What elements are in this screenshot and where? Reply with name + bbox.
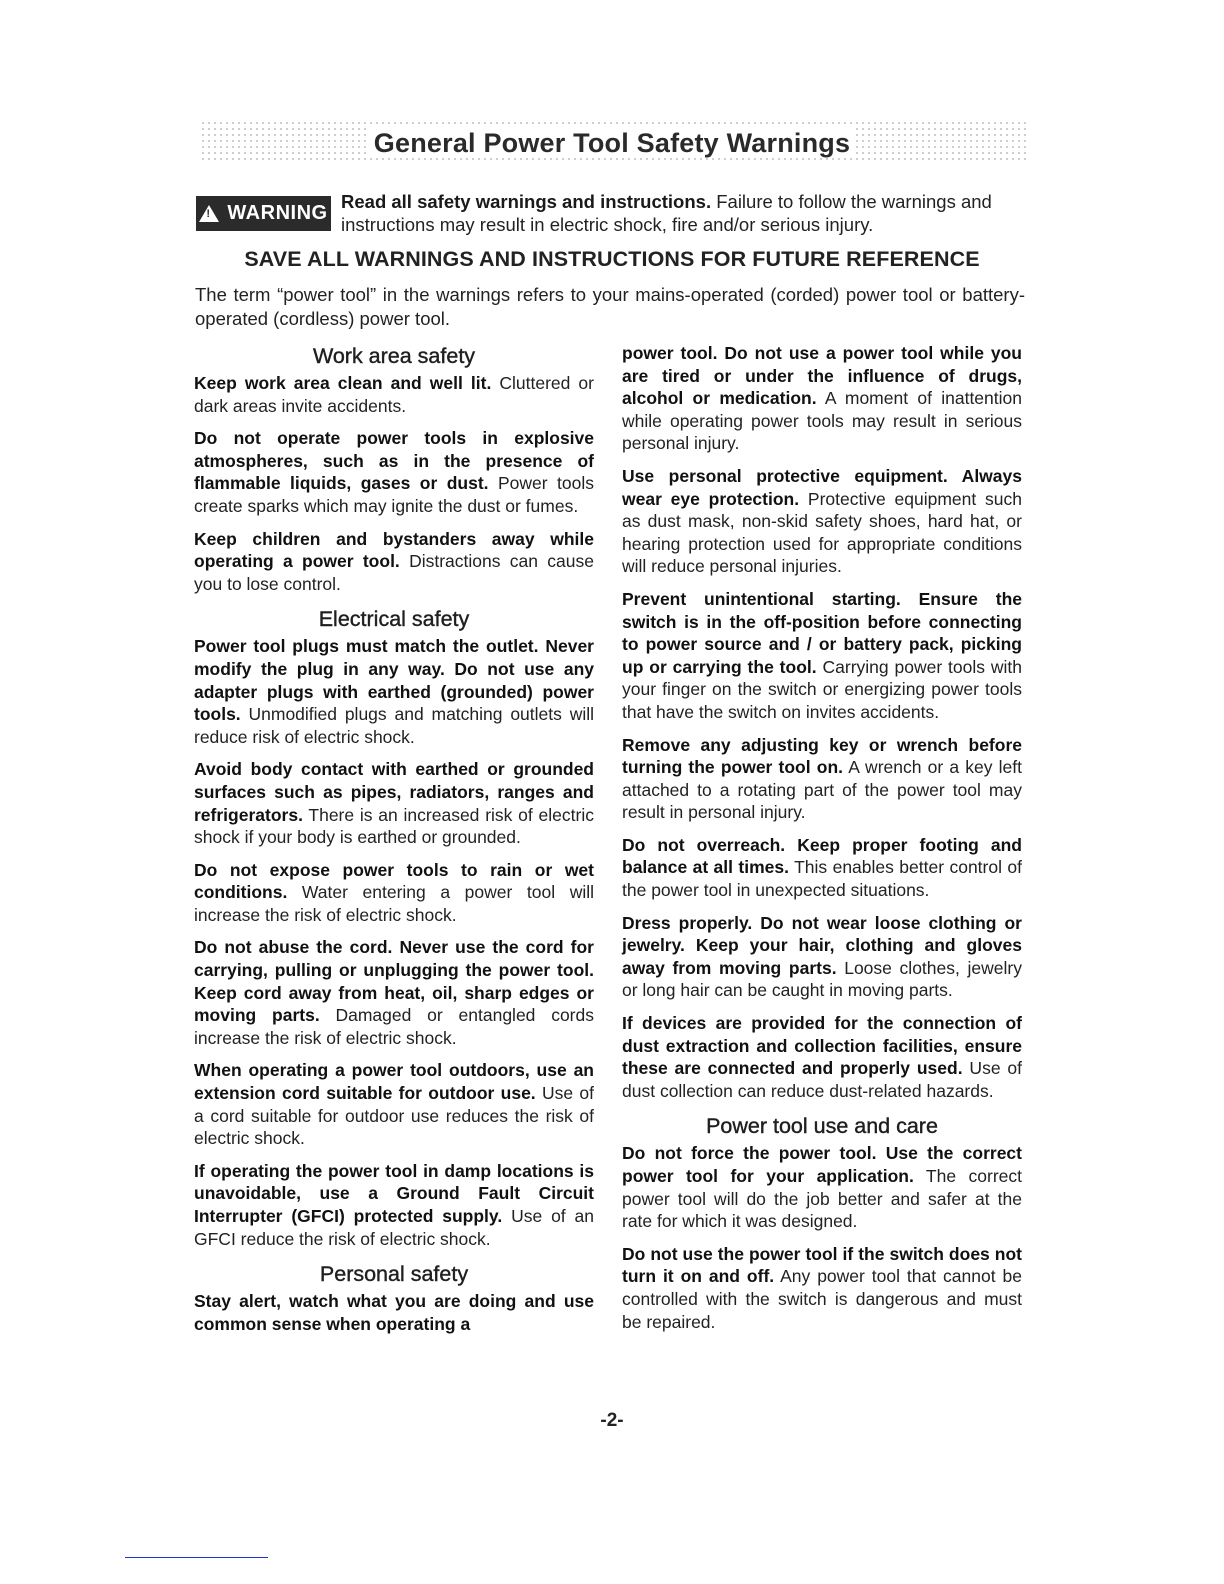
section-heading-use-and-care: Power tool use and care	[622, 1112, 1022, 1140]
warning-item: Do not operate power tools in explosive …	[194, 427, 594, 517]
left-column: Work area safety Keep work area clean an…	[194, 342, 594, 1345]
warning-item: Stay alert, watch what you are doing and…	[194, 1290, 594, 1335]
right-column: power tool. Do not use a power tool whil…	[622, 342, 1022, 1343]
section-heading-personal: Personal safety	[194, 1260, 594, 1288]
warning-item: Prevent unintentional starting. Ensure t…	[622, 588, 1022, 724]
warning-item: If devices are provided for the connecti…	[622, 1012, 1022, 1102]
warning-text-bold: Read all safety warnings and instruction…	[341, 191, 711, 212]
warning-item: power tool. Do not use a power tool whil…	[622, 342, 1022, 455]
warning-item: Remove any adjusting key or wrench befor…	[622, 734, 1022, 824]
warning-badge: WARNING	[196, 196, 331, 231]
intro-paragraph: The term “power tool” in the warnings re…	[195, 283, 1025, 331]
warning-triangle-icon	[199, 205, 219, 222]
page-title-text: General Power Tool Safety Warnings	[368, 128, 856, 158]
page-title: General Power Tool Safety Warnings	[0, 128, 1224, 159]
warning-item: Keep work area clean and well lit. Clutt…	[194, 372, 594, 417]
item-bold: Keep work area clean and well lit.	[194, 373, 491, 393]
warning-item: Dress properly. Do not wear loose clothi…	[622, 912, 1022, 1002]
page-number: -2-	[0, 1410, 1224, 1432]
warning-item: Do not expose power tools to rain or wet…	[194, 859, 594, 927]
warning-text: Read all safety warnings and instruction…	[341, 190, 1021, 236]
warning-item: Use personal protective equipment. Alway…	[622, 465, 1022, 578]
warning-item: Keep children and bystanders away while …	[194, 528, 594, 596]
warning-item: Avoid body contact with earthed or groun…	[194, 758, 594, 848]
item-bold: Stay alert, watch what you are doing and…	[194, 1291, 594, 1334]
section-heading-electrical: Electrical safety	[194, 605, 594, 633]
warning-item: When operating a power tool outdoors, us…	[194, 1059, 594, 1149]
manual-page: General Power Tool Safety Warnings WARNI…	[0, 0, 1224, 1584]
warning-item: Do not force the power tool. Use the cor…	[622, 1142, 1022, 1232]
warning-item: Do not overreach. Keep proper footing an…	[622, 834, 1022, 902]
item-bold: When operating a power tool outdoors, us…	[194, 1060, 594, 1103]
item-text: Unmodified plugs and matching outlets wi…	[194, 704, 594, 747]
warning-item: Power tool plugs must match the outlet. …	[194, 635, 594, 748]
warning-item: If operating the power tool in damp loca…	[194, 1160, 594, 1250]
warning-item: Do not use the power tool if the switch …	[622, 1243, 1022, 1333]
footer-rule	[125, 1557, 268, 1558]
section-heading-work-area: Work area safety	[194, 342, 594, 370]
warning-badge-label: WARNING	[227, 202, 327, 225]
save-instructions-heading: SAVE ALL WARNINGS AND INSTRUCTIONS FOR F…	[0, 247, 1224, 272]
warning-item: Do not abuse the cord. Never use the cor…	[194, 936, 594, 1049]
